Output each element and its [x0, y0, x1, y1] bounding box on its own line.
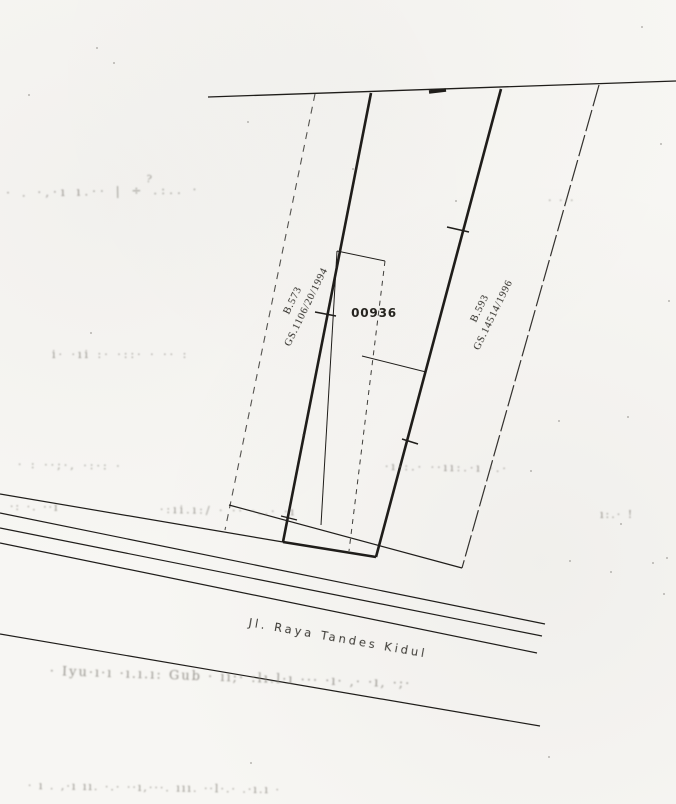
ink-speck	[90, 332, 92, 334]
ink-speck	[530, 470, 532, 472]
road-edge-lines	[0, 494, 545, 726]
inner-parcel-cross-edge	[362, 356, 426, 372]
tick-right-edge-lower	[402, 439, 418, 444]
ink-speck	[663, 593, 665, 595]
top-boundary-marker	[429, 90, 446, 92]
ink-speck	[660, 143, 662, 145]
ink-speck	[113, 62, 115, 64]
inner-parcel-lines	[321, 251, 426, 551]
ink-speck	[668, 300, 670, 302]
ink-speck	[28, 94, 30, 96]
ink-speck	[620, 523, 622, 525]
ink-speck	[558, 420, 560, 422]
ink-speck	[302, 434, 304, 436]
ink-speck	[666, 557, 668, 559]
inner-parcel-left-edge	[321, 251, 337, 525]
ink-speck	[455, 200, 457, 202]
parcel-number-label: 00936	[351, 306, 397, 320]
ink-speck	[250, 762, 252, 764]
ink-speck	[96, 47, 98, 49]
road-edge-4	[0, 543, 537, 653]
ink-speck	[652, 562, 654, 564]
bleed-text-fragment: ·: ·. ··ı	[10, 500, 60, 514]
road-edge-2	[0, 513, 545, 624]
tick-right-edge-upper	[447, 227, 469, 232]
inner-parcel-top-edge	[337, 251, 385, 261]
bleed-text-fragment: · : ··;·, ·:·: ·	[18, 458, 123, 473]
bleed-text-fragment: i· ·ıi :· ·::· · ·· :	[52, 348, 189, 361]
bleed-text-fragment: ı:.· !	[600, 508, 634, 521]
bleed-text-fragment: · ···	[548, 194, 575, 207]
ink-speck	[641, 26, 643, 28]
ink-speck	[247, 121, 249, 123]
scanned-cadastral-map: B.573 GS.1106/20/1994 B.593 GS.14514/199…	[0, 0, 676, 804]
ink-speck	[548, 756, 550, 758]
ink-speck	[352, 168, 354, 170]
inner-parcel-dashed-edge	[349, 261, 385, 551]
ink-speck	[610, 571, 612, 573]
ink-speck	[627, 416, 629, 418]
bleed-text-fragment: ·ı·:.· ··ıı:.·ı ·.·	[385, 460, 509, 475]
bleed-text-fragment: ·:ıi.ı:/ · ·· ·..· ·ı	[160, 503, 297, 518]
bold-parcel-bottom-edge	[283, 542, 376, 557]
ink-speck	[569, 560, 571, 562]
